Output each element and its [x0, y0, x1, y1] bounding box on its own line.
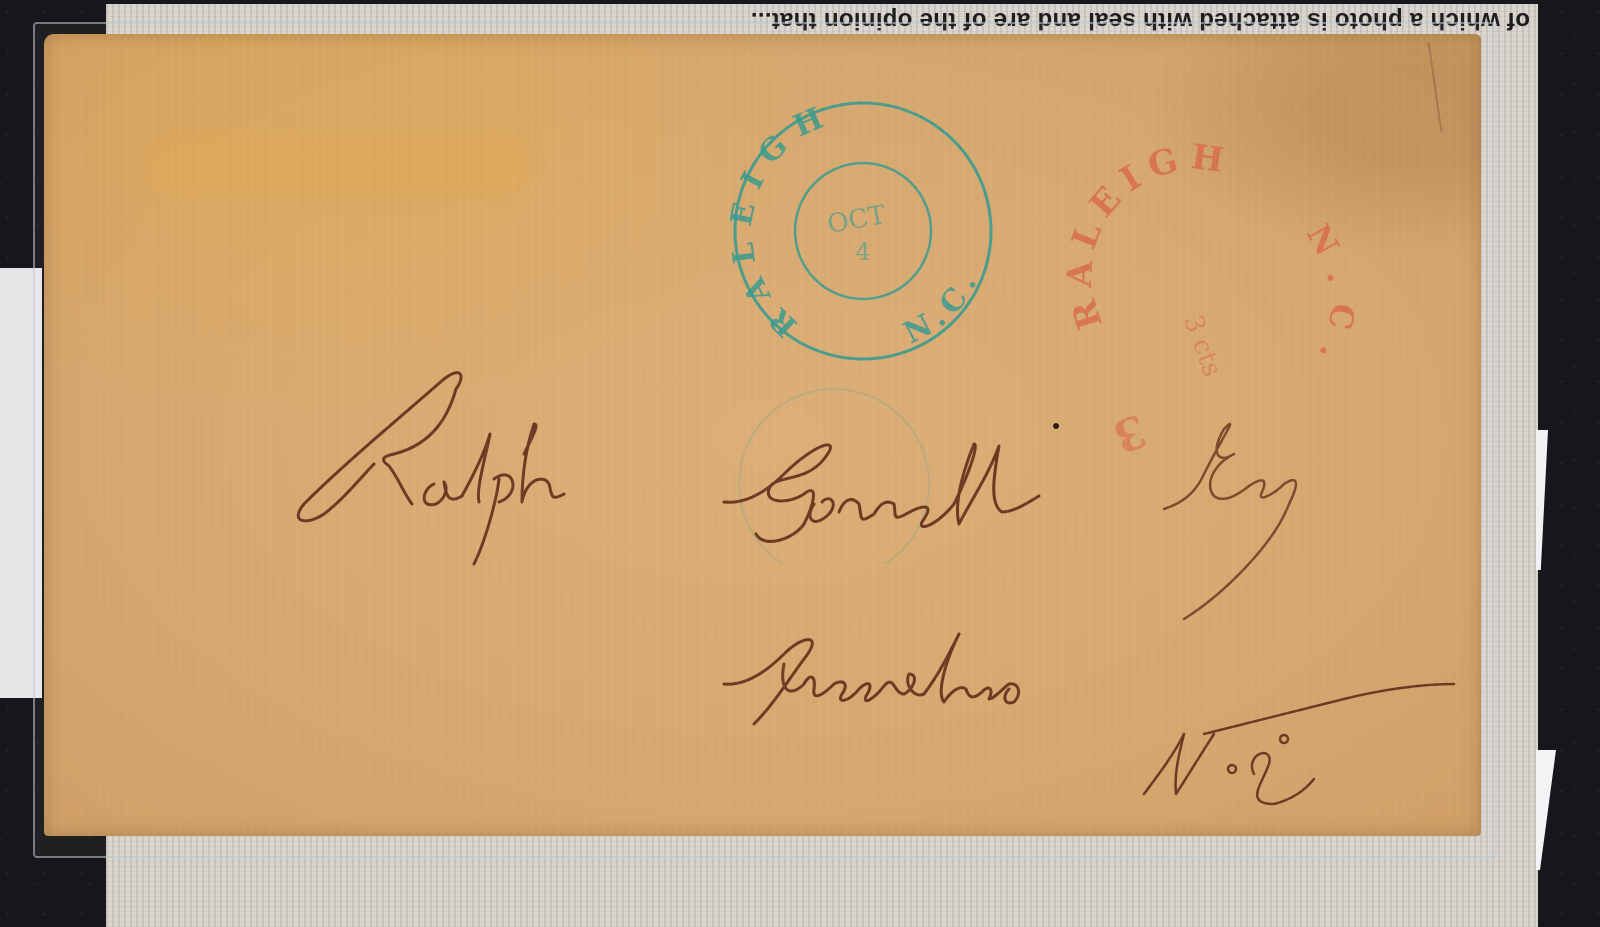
handwriting-gorrell	[724, 444, 1039, 541]
postal-cover: RALEIGH N.C. OCT 4 RALEIGH N.C. 3 cts 3	[44, 34, 1481, 836]
handwriting-nc	[1144, 684, 1454, 804]
manuscript-address: Ralph Gorrell Esq Greensboro N.C.	[44, 34, 1481, 836]
handwriting-esq	[1164, 424, 1296, 619]
handwriting-greensboro	[724, 634, 1019, 724]
handwriting-ralph	[298, 373, 564, 564]
